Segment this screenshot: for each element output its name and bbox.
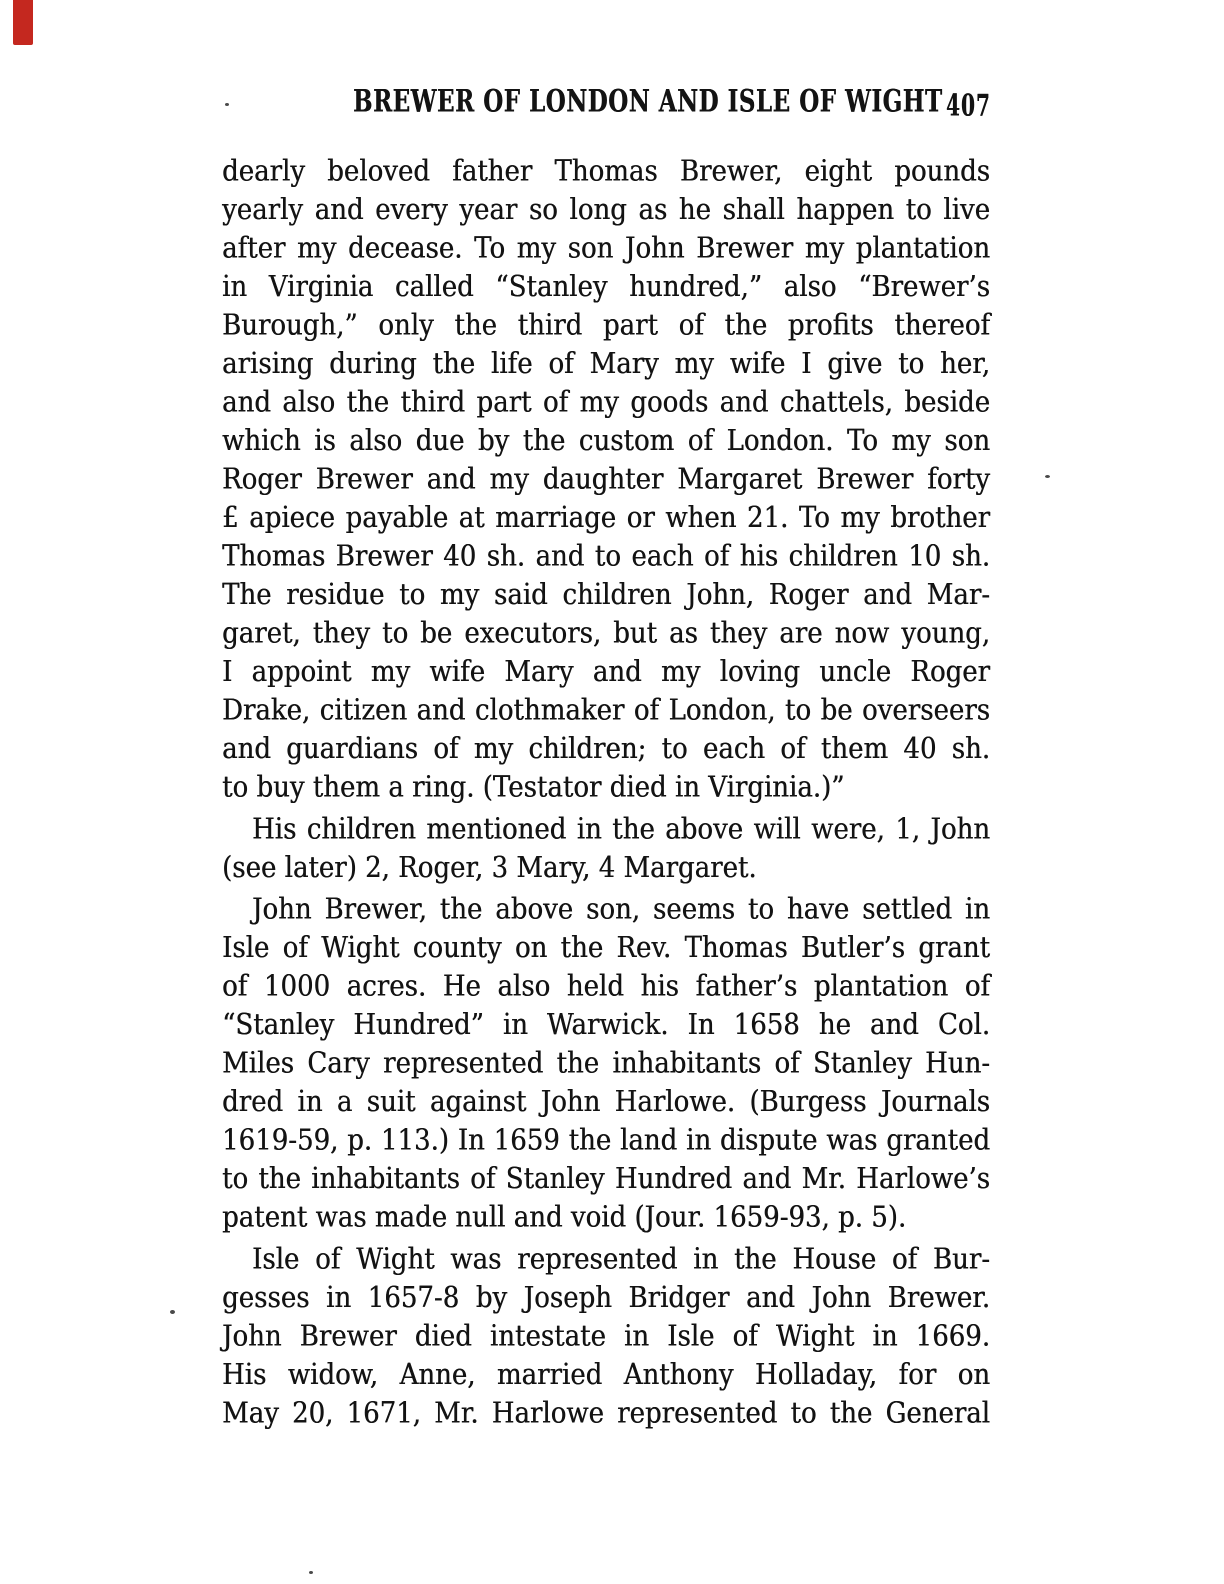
running-header-title: BREWER OF LONDON AND ISLE OF WIGHT [353,86,943,118]
text-line: Roger Brewer and my daughter Margaret Br… [222,461,990,500]
text-line: John Brewer, the above son, seems to hav… [222,891,990,930]
text-line: to buy them a ring. (Testator died in Vi… [222,769,990,808]
text-line: which is also due by the custom of Londo… [222,423,990,462]
text-line: Thomas Brewer 40 sh. and to each of his … [222,538,990,577]
paragraph: John Brewer, the above son, seems to hav… [222,891,990,1237]
page-number: 407 [946,90,991,122]
ink-speck [1045,475,1050,478]
text-line: Isle of Wight county on the Rev. Thomas … [222,930,990,969]
text-line: His children mentioned in the above will… [222,811,990,850]
text-line: Burough,” only the third part of the pro… [222,307,990,346]
text-line: The residue to my said children John, Ro… [222,577,990,616]
text-line: 1619-59, p. 113.) In 1659 the land in di… [222,1122,990,1161]
text-line: gesses in 1657-8 by Joseph Bridger and J… [222,1279,990,1318]
text-line: and also the third part of my goods and … [222,384,990,423]
text-line: Miles Cary represented the inhabitants o… [222,1045,990,1084]
ink-speck [225,103,229,106]
text-line: John Brewer died intestate in Isle of Wi… [222,1318,990,1357]
text-line: May 20, 1671, Mr. Harlowe represented to… [222,1395,990,1434]
ink-speck [309,1571,313,1574]
text-line: Isle of Wight was represented in the Hou… [222,1241,990,1280]
red-margin-mark [13,0,33,45]
text-line: to the inhabitants of Stanley Hundred an… [222,1161,990,1199]
text-line: garet, they to be executors, but as they… [222,615,990,654]
text-line: of 1000 acres. He also held his father’s… [222,968,990,1007]
text-line: “Stanley Hundred” in Warwick. In 1658 he… [222,1007,990,1046]
text-line: after my decease. To my son John Brewer … [222,230,990,269]
text-block: dearly beloved father Thomas Brewer, eig… [222,153,990,1433]
text-line: yearly and every year so long as he shal… [222,192,990,231]
text-line: (see later) 2, Roger, 3 Mary, 4 Margaret… [222,849,990,888]
text-line: Drake, citizen and clothmaker of London,… [222,692,990,731]
text-line: dred in a suit against John Harlowe. (Bu… [222,1084,990,1123]
text-line: His widow, Anne, married Anthony Hollada… [222,1356,990,1395]
text-line: and guardians of my children; to each of… [222,731,990,770]
text-line: arising during the life of Mary my wife … [222,346,990,385]
text-line: in Virginia called “Stanley hundred,” al… [222,269,990,308]
paragraph: dearly beloved father Thomas Brewer, eig… [222,153,990,808]
book-page: BREWER OF LONDON AND ISLE OF WIGHT 407 d… [0,0,1224,1584]
paragraph: His children mentioned in the above will… [222,811,990,888]
text-line: dearly beloved father Thomas Brewer, eig… [222,153,990,192]
text-line: I appoint my wife Mary and my loving unc… [222,654,990,693]
text-line: £ apiece payable at marriage or when 21.… [222,500,990,539]
ink-speck [170,1310,175,1314]
text-line: patent was made null and void (Jour. 165… [222,1199,990,1238]
paragraph: Isle of Wight was represented in the Hou… [222,1241,990,1434]
